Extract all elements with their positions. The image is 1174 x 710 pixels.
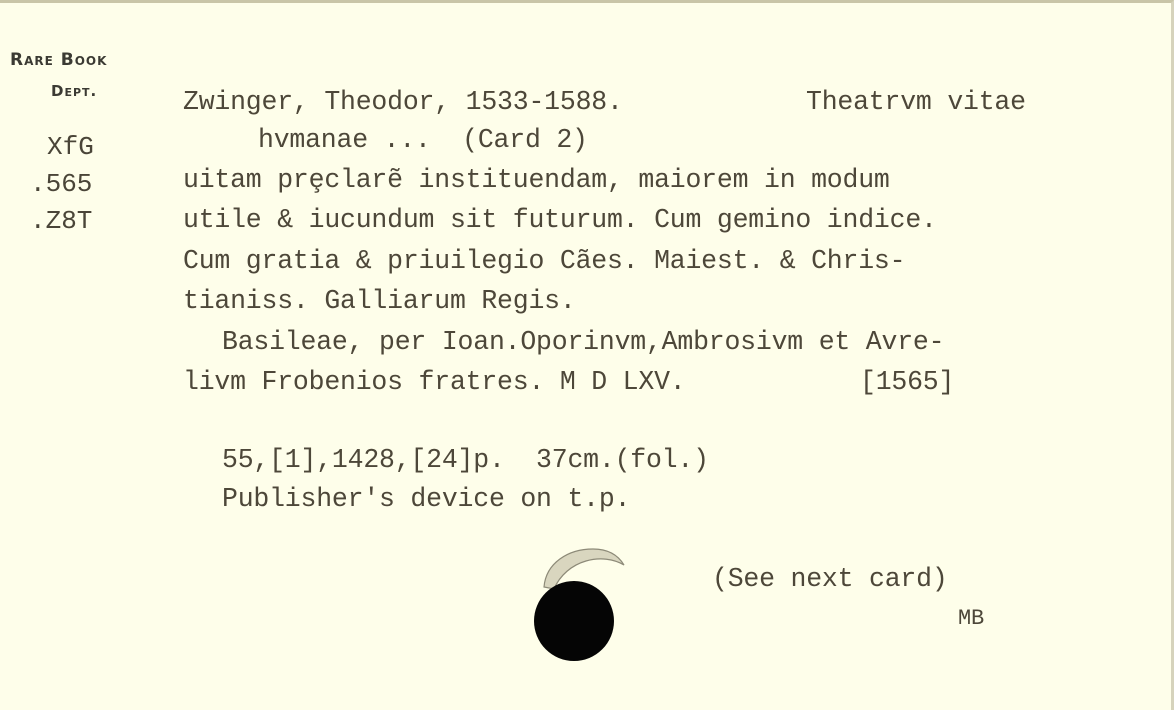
see-next-card: (See next card) (712, 564, 948, 594)
rare-book-stamp: Rare Book (10, 50, 107, 70)
call-number-cutter-1: .565 (30, 168, 92, 200)
call-number-cutter-2: .Z8T (30, 205, 92, 237)
collation: 55,[1],1428,[24]p. 37cm.(fol.) (222, 445, 709, 475)
note: Publisher's device on t.p. (222, 484, 630, 514)
dept-stamp: Dept. (51, 82, 97, 100)
title-continuation: hvmanae ... (Card 2) (258, 125, 588, 155)
call-number-class: XfG (47, 131, 94, 163)
title-body-line: Cum gratia & priuilegio Cães. Maiest. & … (183, 246, 905, 276)
title-body-line: utile & iucundum sit futurum. Cum gemino… (183, 205, 937, 235)
title-body-line: uitam prȩclarẽ instituendam, maiorem in … (183, 165, 890, 195)
catalog-card: Rare Book Dept. XfG .565 .Z8T Zwinger, T… (0, 0, 1174, 710)
punch-hole (534, 581, 614, 661)
cataloger-initials: MB (958, 604, 984, 634)
imprint-line: Basileae, per Ioan.Oporinvm,Ambrosivm et… (222, 327, 944, 357)
imprint-line: livm Frobenios fratres. M D LXV. (183, 367, 685, 397)
imprint-date: [1565] (860, 367, 954, 397)
title-body-line: tianiss. Galliarum Regis. (183, 286, 576, 316)
author-heading: Zwinger, Theodor, 1533-1588. (183, 87, 623, 117)
title-start: Theatrvm vitae (806, 87, 1026, 117)
